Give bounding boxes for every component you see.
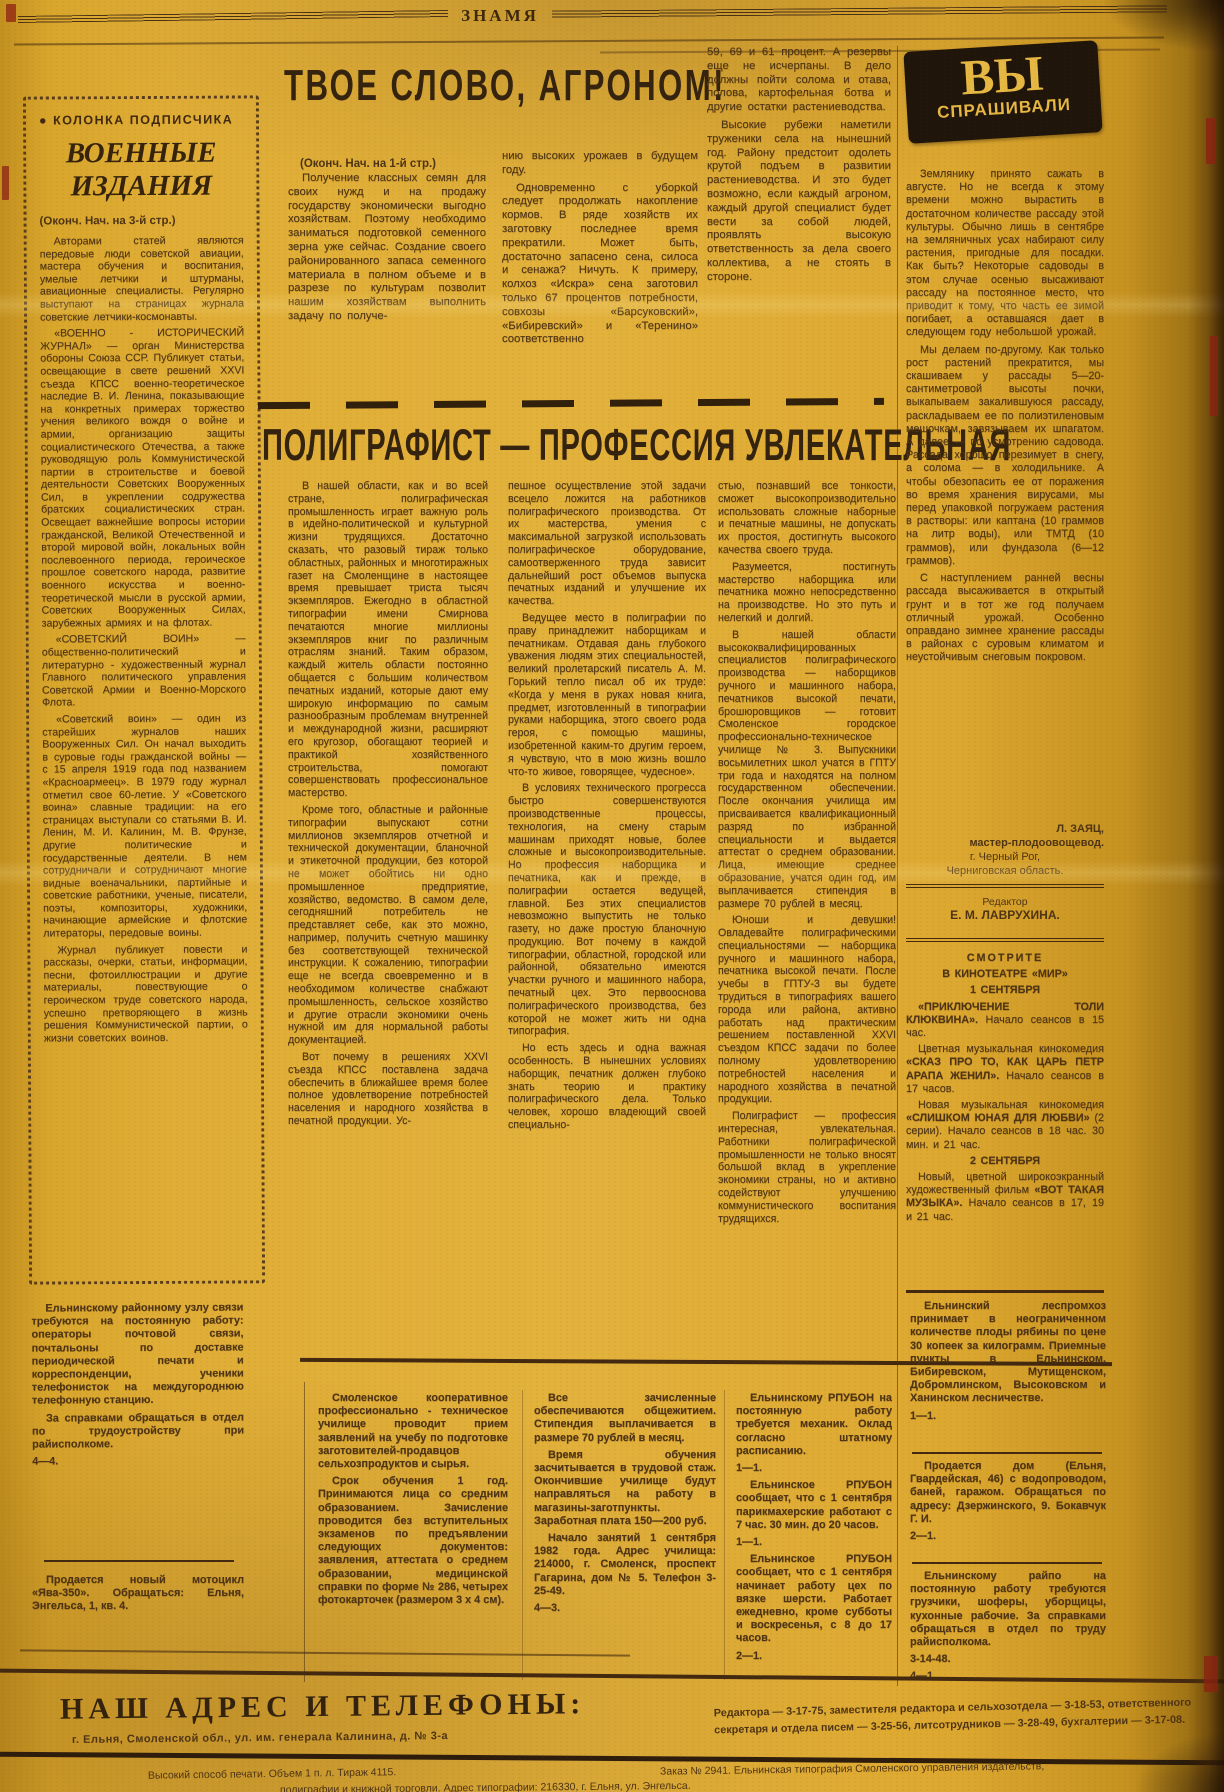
ad-text: Срок обучения 1 год. Принимаются лица со… [318,1475,508,1607]
ad-run-tag: 2—1. [736,1650,892,1663]
scan-mark [1210,336,1218,416]
right-ad-divider-2 [912,1562,1102,1564]
you-asked-logo: ВЫ СПРАШИВАЛИ [903,40,1102,144]
header-rule [14,36,1164,45]
cinema-heading: СМОТРИТЕ [906,952,1104,965]
right-ad-house: Продается дом (Ельня, Гвардейская, 46) с… [910,1460,1106,1560]
film-title: «СЛИШКОМ ЮНАЯ ДЛЯ ЛЮБВИ» [906,1112,1090,1124]
column-separator-bottom-left [304,1382,305,1682]
ad-divider-rule [44,1560,234,1562]
imprint-line-2: полиграфии и книжной торговли. Адрес тип… [280,1780,691,1792]
agronom-col-3: 59, 69 и 61 процент. А резервы еще не ис… [707,46,891,392]
scan-mark [2,166,9,200]
ad-text: Продается дом (Ельня, Гвардейская, 46) с… [910,1460,1106,1526]
polygraphist-col-1: В нашей области, как и во всей стране, п… [288,480,488,1355]
paragraph: стью, познавший все тонкости, сможет выс… [718,480,896,557]
ad-text: Ельнинское РПУБОН сообщает, что с 1 сент… [736,1479,892,1532]
cinema-item: Цветная музыкальная кинокомедия «СКАЗ ПР… [906,1043,1104,1096]
paragraph: нию высоких урожаев в будущем году. [502,150,698,178]
newspaper-page: ЗНАМЯ ● КОЛОНКА ПОДПИСЧИКА ВОЕННЫЕ ИЗДАН… [0,0,1224,1792]
paragraph: Полиграфист — профессия интересная, увле… [718,1110,896,1225]
ad-run-tag: 1—1. [736,1536,892,1549]
subscriber-kicker-label: КОЛОНКА ПОДПИСЧИКА [53,113,233,128]
paragraph: Журнал публикует повести и рассказы, оче… [43,943,248,1045]
bullet-icon: ● [39,113,48,127]
ad-run-tag: 4—3. [534,1602,716,1615]
paragraph: В нашей области высококвалифицированных … [718,629,896,911]
ad-run-tag: 4—4. [32,1455,244,1469]
imprint-line-1-right: Заказ № 2941. Ельнинская типография Смол… [660,1760,1044,1777]
polygraphist-col-3: стью, познавший все тонкости, сможет выс… [718,480,896,1355]
paragraph: В условиях технического прогресса быстро… [508,782,706,1038]
editor-label: Редактор [906,896,1104,908]
paragraph: Ведущее место в полиграфии по праву прин… [508,612,706,778]
continuation-note: (Оконч. Нач. на 3-й стр.) [40,214,244,227]
paragraph: Высокие рубежи наметили труженики села н… [707,119,891,285]
cinema-date-1: 1 СЕНТЯБРЯ [906,984,1104,997]
paragraph: Разумеется, постигнуть мастерство наборщ… [718,561,896,625]
column-separator-bottom-2 [724,1390,725,1680]
ad-text: Все зачисленные обеспечиваются общежитие… [534,1392,716,1445]
right-ads-rule [906,1290,1104,1293]
ad-run-tag: 1—1. [736,1462,892,1475]
right-ad-raipo: Ельнинскому райпо на постоянную работу т… [910,1570,1106,1690]
agronom-title: ТВОЕ СЛОВО, АГРОНОМ! [284,62,726,111]
footer-title: НАШ АДРЕС И ТЕЛЕФОНЫ: [60,1687,586,1726]
editor-rule-bottom [906,938,1104,942]
masthead-title: ЗНАМЯ [452,6,548,26]
paragraph: Одновременно с уборкой следует продолжат… [502,182,698,348]
title-line-1: ВОЕННЫЕ [39,136,243,170]
ad-text: Ельнинское РПУБОН сообщает, что с 1 сент… [736,1553,892,1645]
paragraph: С наступлением ранней весны рассада выса… [906,572,1104,664]
ad-run-tag: 1—1. [910,1410,1106,1423]
imprint-line-1-left: Высокий способ печати. Объем 1 п. л. Тир… [148,1766,396,1781]
paragraph: «СОВЕТСКИЙ ВОИН» — общественно-политичес… [42,633,246,710]
classified-ad-motorcycle: Продается новый мотоцикл «Ява-350». Обра… [32,1574,244,1644]
agronom-col-2: нию высоких урожаев в будущем году. Одно… [502,150,698,398]
polygraphist-col-2: пешное осуществление этой задачи всецело… [508,480,706,1355]
cinema-item: Новый, цветной широкоэкранный художестве… [906,1171,1104,1224]
cinema-listing: СМОТРИТЕ В КИНОТЕАТРЕ «МИР» 1 СЕНТЯБРЯ «… [906,952,1104,1282]
polygraphist-title: ПОЛИГРАФИСТ — ПРОФЕССИЯ УВЛЕКАТЕЛЬНАЯ [262,420,1011,471]
cinema-date-2: 2 СЕНТЯБРЯ [906,1155,1104,1168]
ad-text: Продается новый мотоцикл «Ява-350». Обра… [32,1574,244,1614]
subscriber-kicker: ● КОЛОНКА ПОДПИСЧИКА [39,112,243,127]
film-lead: Цветная музыкальная кинокомедия [918,1043,1104,1055]
cinema-item: Новая музыкальная кинокомедия «СЛИШКОМ Ю… [906,1099,1104,1152]
author-signature: Л. ЗАЯЦ, мастер-плодоовощевод. г. Черный… [906,822,1104,878]
bottom-ad-college-1: Смоленское кооперативное профессионально… [318,1392,508,1682]
page-edge-shadow [1188,0,1224,1792]
footer-phones: Редактора — 3-17-75, заместителя редакто… [714,1695,1193,1740]
paragraph: «Советский воин» — один из старейших жур… [42,712,247,940]
ad-text: Ельнинскому райпо на постоянную работу т… [910,1570,1106,1649]
subscriber-article-body: Авторами статей являются передовые люди … [40,234,248,1048]
ad-run-tag: 2—1. [910,1530,1106,1543]
masthead-rule-right [552,5,1167,17]
paragraph: Землянику принято сажать в августе. Но н… [906,168,1104,340]
paragraph: Получение классных семян для своих нужд … [288,172,486,324]
article-title-voennye-izdaniya: ВОЕННЫЕ ИЗДАНИЯ [39,136,243,203]
ad-text: Ельнинскому районному узлу связи требуют… [31,1301,244,1408]
title-line-2: ИЗДАНИЯ [39,169,243,203]
column-separator-bottom-1 [522,1390,523,1680]
signature-name: Л. ЗАЯЦ, [906,822,1104,836]
you-asked-body: Землянику принято сажать в августе. Но н… [906,168,1104,818]
ad-text: Ельнинскому РПУБОН на постоянную работу … [736,1392,892,1458]
article-polygraphist: ПОЛИГРАФИСТ — ПРОФЕССИЯ УВЛЕКАТЕЛЬНАЯ [262,420,894,472]
masthead-rule-left [18,10,448,23]
ad-phone: 3-14-48. [910,1653,1106,1666]
bottom-ad-college-2: Все зачисленные обеспечиваются общежитие… [534,1392,716,1682]
paragraph: Авторами статей являются передовые люди … [40,234,244,323]
classified-ad-post-office: Ельнинскому районному узлу связи требуют… [31,1301,244,1552]
ad-text: За справками обращаться в отдел по трудо… [32,1411,244,1452]
right-ad-lespromkhoz: Ельнинский леспромхоз принимает в неогра… [910,1300,1106,1448]
scan-mark [6,4,16,22]
agronom-col-1: Получение классных семян для своих нужд … [288,172,486,398]
ad-text: Время обучения засчитывается в трудовой … [534,1449,716,1528]
ad-text: Смоленское кооперативное профессионально… [318,1392,508,1471]
bottom-ad-services: Ельнинскому РПУБОН на постоянную работу … [736,1392,892,1682]
paragraph: Но есть здесь и одна важная особенность.… [508,1042,706,1132]
paragraph: «ВОЕННО - ИСТОРИЧЕСКИЙ ЖУРНАЛ» — орган М… [40,327,246,630]
paragraph: Кроме того, областные и районные типогра… [288,804,488,1047]
footer-address: г. Ельня, Смоленской обл., ул. им. генер… [72,1730,448,1746]
ad-text: Ельнинский леспромхоз принимает в неогра… [910,1300,1106,1406]
right-ad-divider-1 [912,1452,1102,1454]
agronom-continuation-note: (Оконч. Нач. на 1-й стр.) [300,158,436,170]
scan-mark [1204,1656,1218,1692]
film-lead: Новая музыкальная кинокомедия [918,1099,1104,1111]
paragraph: пешное осуществление этой задачи всецело… [508,480,706,608]
cinema-item: «ПРИКЛЮЧЕНИЕ ТОЛИ КЛЮКВИНА». Начало сеан… [906,1001,1104,1041]
editor-rule-top [906,884,1104,888]
paragraph: 59, 69 и 61 процент. А резервы еще не ис… [707,46,891,115]
signature-place-1: г. Черный Рог, [906,850,1104,864]
ad-text: Начало занятий 1 сентября 1982 года. Адр… [534,1532,716,1598]
paragraph: Вот почему в решениях XXVI съезда КПСС п… [288,1051,488,1128]
scan-mark [1206,118,1216,164]
signature-place-2: Черниговская область. [906,864,1104,878]
editor-block: Редактор Е. М. ЛАВРУХИНА. [906,896,1104,922]
paragraph: Мы делаем по-другому. Как только рост ра… [906,344,1104,568]
paragraph: Юноши и девушки! Овладевайте полиграфиче… [718,914,896,1106]
subscriber-column: ● КОЛОНКА ПОДПИСЧИКА ВОЕННЫЕ ИЗДАНИЯ (Ок… [23,95,265,1284]
cinema-venue: В КИНОТЕАТРЕ «МИР» [906,968,1104,981]
editor-name: Е. М. ЛАВРУХИНА. [906,908,1104,922]
paragraph: В нашей области, как и во всей стране, п… [288,480,488,800]
signature-role: мастер-плодоовощевод. [906,836,1104,850]
